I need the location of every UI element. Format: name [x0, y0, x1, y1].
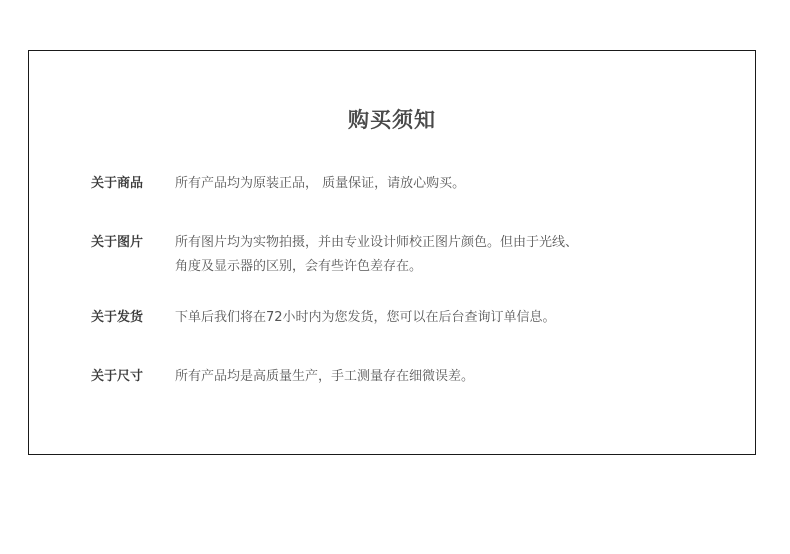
notice-item-line: 下单后我们将在72小时内为您发货，您可以在后台查询订单信息。 — [175, 306, 645, 330]
purchase-notice-box: 购买须知 关于商品 所有产品均为原装正品， 质量保证，请放心购买。 关于图片 所… — [28, 50, 756, 455]
notice-item-line: 角度及显示器的区别，会有些许色差存在。 — [175, 255, 645, 279]
notice-item-label: 关于图片 — [91, 231, 171, 255]
notice-item-text: 所有产品均为原装正品， 质量保证，请放心购买。 — [175, 172, 645, 196]
notice-item-text: 所有图片均为实物拍摄，并由专业设计师校正图片颜色。但由于光线、 角度及显示器的区… — [175, 231, 645, 279]
notice-item-text: 下单后我们将在72小时内为您发货，您可以在后台查询订单信息。 — [175, 306, 645, 330]
notice-item-line: 所有产品均为原装正品， 质量保证，请放心购买。 — [175, 172, 645, 196]
notice-item-label: 关于商品 — [91, 172, 171, 196]
notice-item-line: 所有图片均为实物拍摄，并由专业设计师校正图片颜色。但由于光线、 — [175, 231, 645, 255]
notice-item-label: 关于发货 — [91, 306, 171, 330]
notice-title: 购买须知 — [29, 104, 755, 134]
notice-item-label: 关于尺寸 — [91, 365, 171, 389]
notice-item-text: 所有产品均是高质量生产，手工测量存在细微误差。 — [175, 365, 645, 389]
notice-item-line: 所有产品均是高质量生产，手工测量存在细微误差。 — [175, 365, 645, 389]
